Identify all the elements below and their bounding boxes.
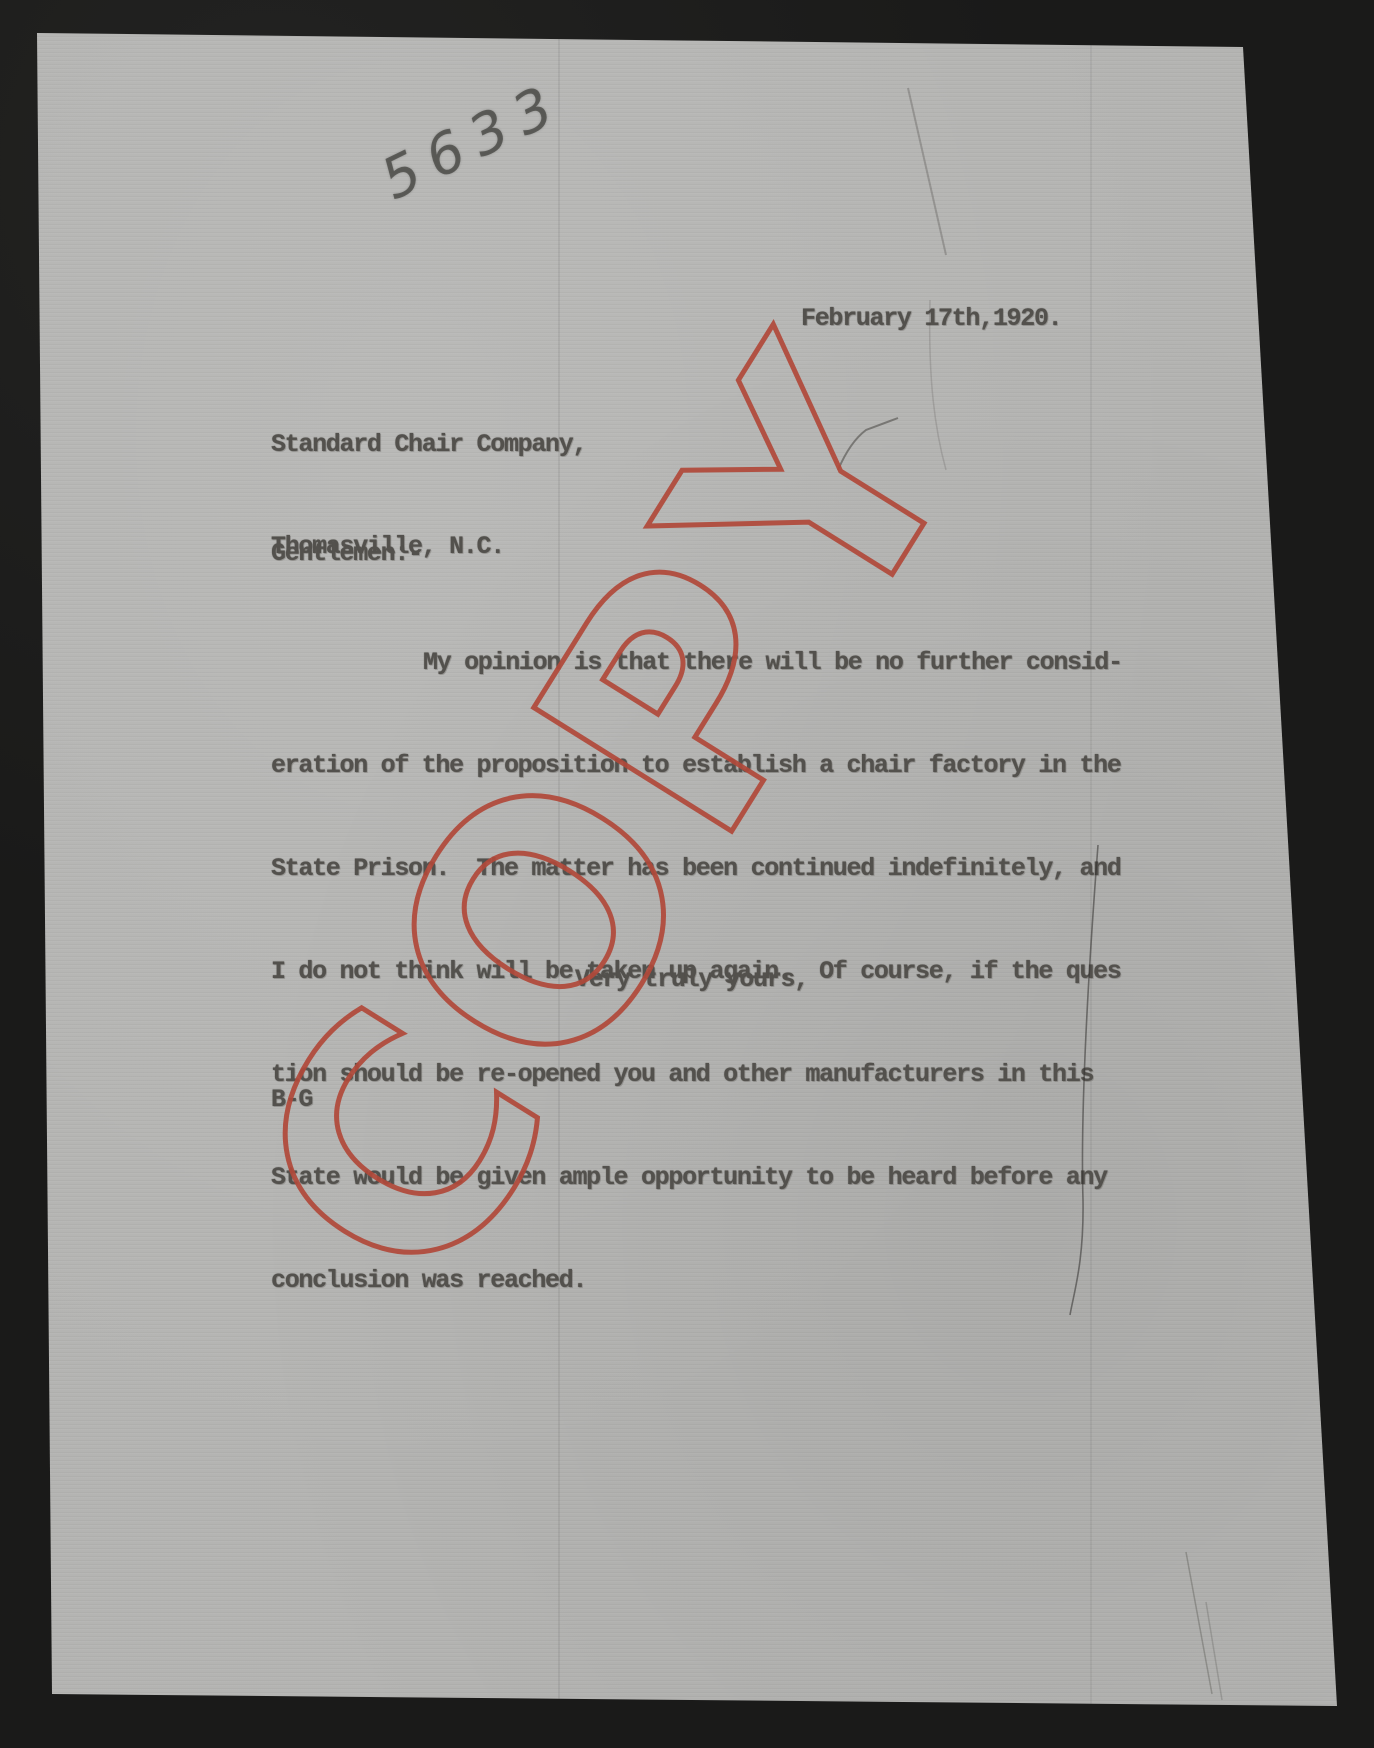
recipient-name: Standard Chair Company, — [271, 432, 586, 457]
recipient-address: Standard Chair Company, Thomasville, N.C… — [271, 382, 586, 611]
closing: Very truly yours, — [575, 967, 808, 992]
body-line: eration of the proposition to establish … — [271, 753, 1122, 778]
letter-date: February 17th,1920. — [801, 306, 1061, 331]
body-line: My opinion is that there will be no furt… — [271, 650, 1122, 675]
scanned-letter-page: { "document": { "handwritten_number": "5… — [0, 0, 1374, 1748]
body-line: State Prison. The matter has been contin… — [271, 856, 1122, 881]
body-line: tion should be re-opened you and other m… — [271, 1062, 1122, 1087]
body-line: State would be given ample opportunity t… — [271, 1165, 1122, 1190]
typist-initials: B-G — [271, 1087, 312, 1112]
salutation: Gentlemen:- — [271, 541, 422, 566]
body-line: conclusion was reached. — [271, 1268, 1122, 1293]
